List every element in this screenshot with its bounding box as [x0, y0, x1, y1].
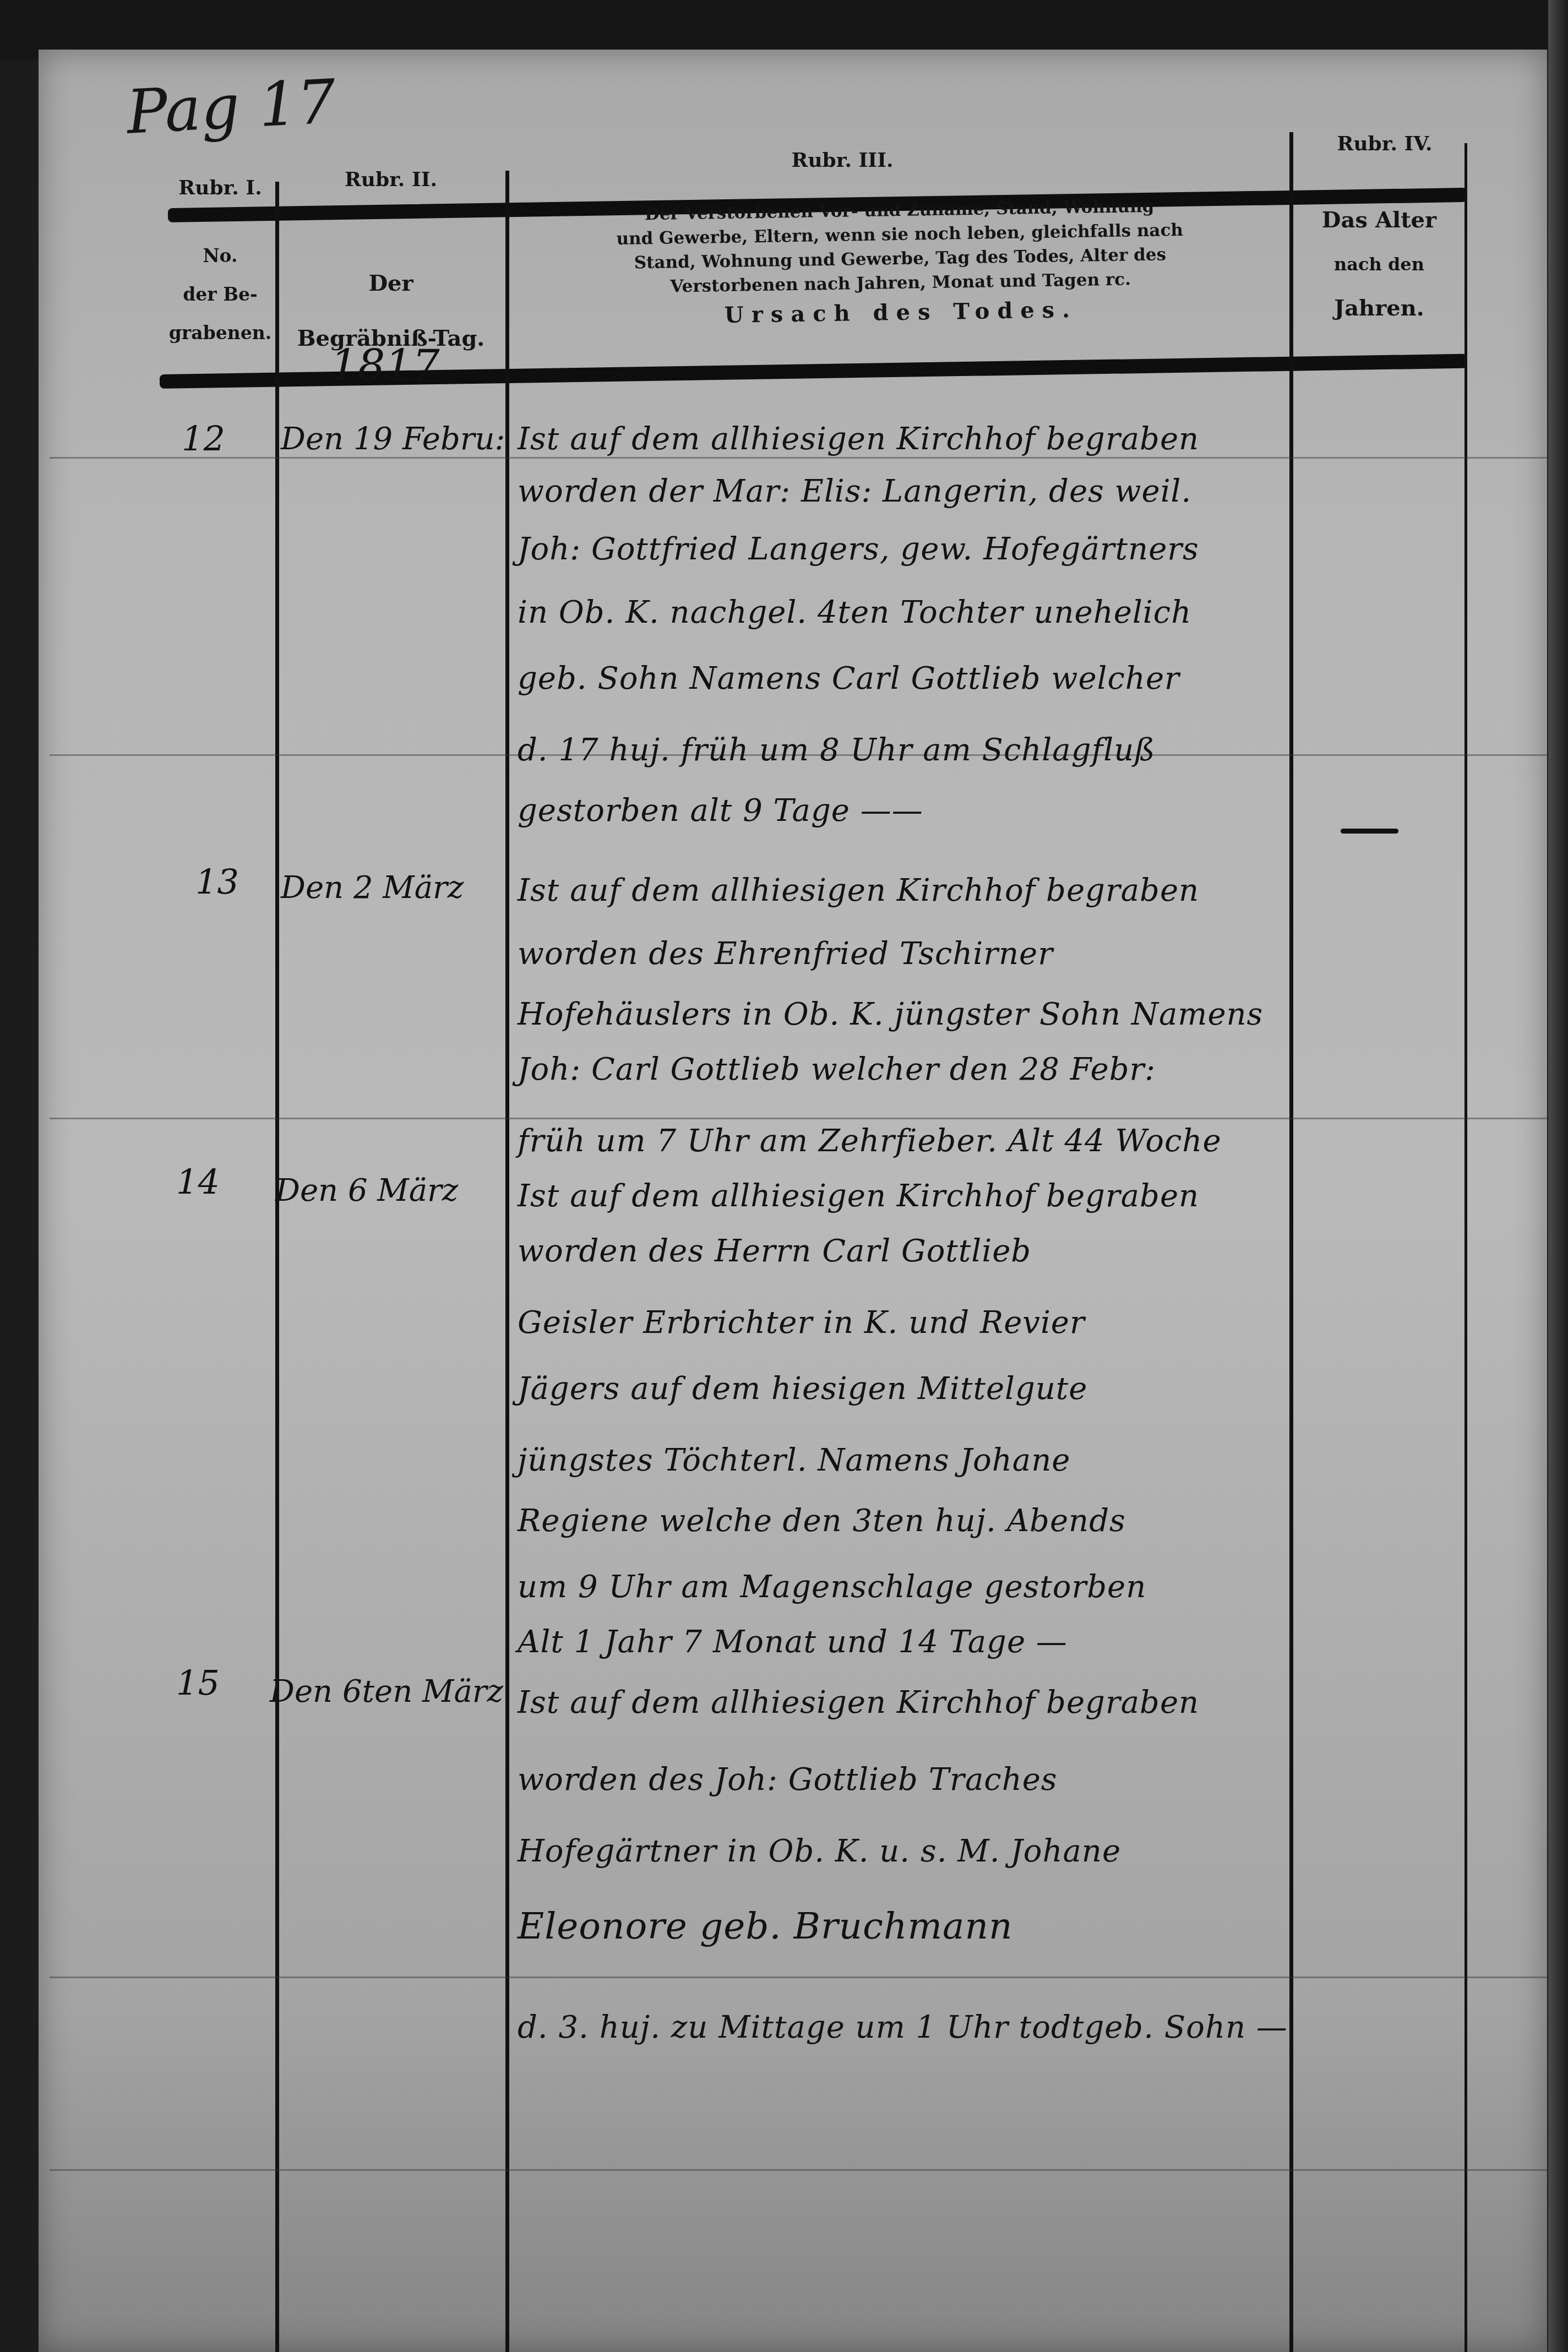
- entry-text-line: Ist auf dem allhiesigen Kirchhof begrabe…: [518, 1685, 1199, 1721]
- ruled-line: [50, 1977, 1547, 1978]
- scan-border-right: [1548, 0, 1568, 2352]
- column-divider-4: [1464, 143, 1467, 2352]
- col2-header-line: Der: [278, 256, 504, 311]
- entry-text-line: d. 17 huj. früh um 8 Uhr am Schlagfluß: [518, 732, 1156, 768]
- ruled-line: [50, 457, 1547, 459]
- entry-text-line: worden des Joh: Gottlieb Traches: [518, 1762, 1058, 1798]
- entry-text-line: worden des Ehrenfried Tschirner: [518, 936, 1053, 972]
- register-year: 1817: [330, 341, 440, 391]
- entry-text-line: Regiene welche den 3ten huj. Abends: [518, 1503, 1126, 1539]
- entry-text-line: Hofehäuslers in Ob. K. jüngster Sohn Nam…: [518, 997, 1263, 1032]
- entry-text-line: d. 3. huj. zu Mittage um 1 Uhr todtgeb. …: [518, 2010, 1288, 2045]
- col3-header: Der Verstorbenen Vor- und Zuname, Stand,…: [514, 192, 1286, 331]
- entry-text-line: Jägers auf dem hiesigen Mittelgute: [518, 1371, 1088, 1407]
- ruled-line: [50, 1118, 1547, 1119]
- col1-header-line: der Be-: [165, 275, 275, 314]
- entry-text-line: Ist auf dem allhiesigen Kirchhof begrabe…: [518, 421, 1199, 457]
- entry-text-line: Hofegärtner in Ob. K. u. s. M. Johane: [518, 1833, 1121, 1869]
- age-dash: [1341, 829, 1398, 834]
- entry-text-line: jüngstes Töchterl. Namens Johane: [518, 1442, 1070, 1478]
- entry-text-line: worden des Herrn Carl Gottlieb: [518, 1233, 1031, 1269]
- entry-date: Den 2 März: [281, 870, 464, 906]
- col4-header: Das Alter nach den Jahren.: [1294, 198, 1464, 330]
- entry-text-line: in Ob. K. nachgel. 4ten Tochter unehelic…: [518, 595, 1191, 630]
- entry-date: Den 6 März: [275, 1173, 458, 1208]
- ruled-line: [50, 2169, 1547, 2171]
- entry-text-line: um 9 Uhr am Magenschlage gestorben: [518, 1569, 1146, 1605]
- entry-text-line: gestorben alt 9 Tage ——: [518, 793, 923, 829]
- entry-text-line: Geisler Erbrichter in K. und Revier: [518, 1305, 1085, 1341]
- entry-text-line: Alt 1 Jahr 7 Monat und 14 Tage —: [518, 1624, 1068, 1660]
- rubric-4-label: Rubr. IV.: [1316, 132, 1453, 155]
- entry-number: 15: [176, 1663, 220, 1703]
- page-number: Pag 17: [125, 66, 337, 148]
- col4-header-line: nach den: [1294, 242, 1464, 286]
- column-divider-1: [275, 182, 279, 2352]
- col4-header-line: Jahren.: [1294, 286, 1464, 330]
- entry-number: 12: [182, 418, 225, 459]
- column-divider-3: [1289, 132, 1293, 2352]
- entry-date: Den 19 Febru:: [281, 421, 505, 457]
- entry-text-line: Joh: Gottfried Langers, gew. Hofegärtner…: [518, 531, 1199, 567]
- rubric-2-label: Rubr. II.: [308, 168, 473, 191]
- col1-header: No. der Be- grabenen.: [165, 237, 275, 352]
- entry-text-line: früh um 7 Uhr am Zehrfieber. Alt 44 Woch…: [518, 1123, 1222, 1159]
- entry-text-line: Eleonore geb. Bruchmann: [518, 1905, 1012, 1947]
- entry-number: 13: [195, 862, 239, 902]
- col4-header-line: Das Alter: [1294, 198, 1464, 242]
- entry-text-line: Ist auf dem allhiesigen Kirchhof begrabe…: [518, 1178, 1199, 1214]
- entry-date: Den 6ten März: [270, 1674, 503, 1709]
- col1-header-line: No.: [165, 237, 275, 275]
- entry-text-line: Ist auf dem allhiesigen Kirchhof begrabe…: [518, 873, 1199, 908]
- entry-text-line: Joh: Carl Gottlieb welcher den 28 Febr:: [518, 1052, 1156, 1087]
- entry-text-line: geb. Sohn Namens Carl Gottlieb welcher: [518, 661, 1180, 696]
- entry-number: 14: [176, 1162, 220, 1202]
- column-divider-2: [505, 171, 509, 2352]
- rubric-1-label: Rubr. I.: [168, 176, 273, 199]
- rubric-3-label: Rubr. III.: [760, 149, 925, 172]
- col1-header-line: grabenen.: [165, 314, 275, 352]
- entry-text-line: worden der Mar: Elis: Langerin, des weil…: [518, 473, 1191, 509]
